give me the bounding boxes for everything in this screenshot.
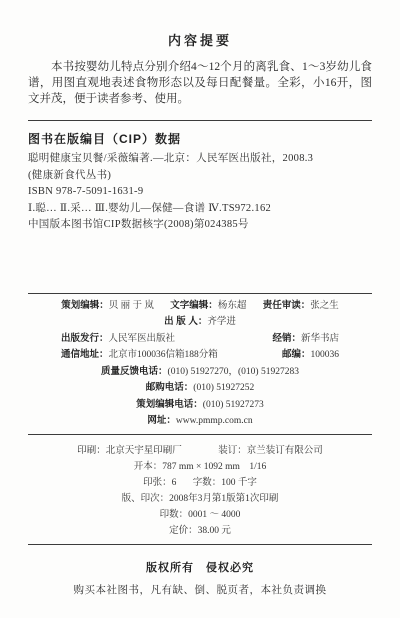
binder-label: 装订：: [218, 446, 247, 456]
book-format-value: 787 mm × 1092 mm 1/16: [162, 462, 266, 472]
distributor-value: 新华书店: [301, 334, 339, 344]
book-format: 开本：787 mm × 1092 mm 1/16: [134, 462, 267, 472]
summary-body: 本书按婴幼儿特点分别介绍4～12个月的离乳食、1～3岁幼儿食谱，用图直观地表述食…: [28, 59, 372, 107]
print-run-row: 印数：0001 ～ 4000: [28, 507, 372, 523]
edition-impression-label: 版、印次：: [122, 494, 170, 504]
website-value: www.pmmp.com.cn: [176, 416, 253, 426]
binder-value: 京兰装订有限公司: [247, 446, 323, 456]
divider-printing: [28, 434, 372, 435]
publisher-person: 出 版 人：齐学进: [164, 317, 236, 327]
divider-top: [28, 120, 372, 121]
postcode-label: 邮编：: [282, 349, 311, 360]
editors-row: 策划编辑：贝 丽 于 岚 文字编辑：杨东超 责任审读：张之生: [28, 298, 372, 315]
address-row: 通信地址：北京市100036信箱188分箱 邮编：100036: [61, 347, 339, 364]
print-run: 印数：0001 ～ 4000: [160, 510, 241, 520]
publishing-block: 策划编辑：贝 丽 于 岚 文字编辑：杨东超 责任审读：张之生 出 版 人：齐学进…: [28, 298, 372, 430]
printer: 印刷：北京天宇星印刷厂: [77, 446, 182, 456]
edition-impression-value: 2008年3月第1版第1次印刷: [169, 494, 278, 504]
book-format-label: 开本：: [134, 462, 163, 472]
copyright-notice: 版权所有 侵权必究: [28, 559, 372, 575]
cip-title: 图书在版编目（CIP）数据: [28, 130, 372, 147]
print-run-label: 印数：: [160, 510, 189, 520]
publisher-label: 出版发行：: [61, 333, 109, 344]
text-editor-label: 文字编辑：: [170, 300, 218, 311]
editor-phone: 策划编辑电话：(010) 51927273: [136, 400, 263, 410]
publisher-person-value: 齐学进: [207, 317, 236, 327]
mailing-address-value: 北京市100036信箱188分箱: [109, 350, 218, 360]
price-label: 定价：: [169, 526, 198, 536]
review-editor-value: 张之生: [310, 301, 339, 311]
printing-block: 印刷：北京天宇星印刷厂 装订：京兰装订有限公司 开本：787 mm × 1092…: [28, 443, 372, 539]
review-editor-label: 责任审读：: [263, 300, 311, 311]
edition-impression: 版、印次：2008年3月第1版第1次印刷: [122, 494, 279, 504]
distributor-label: 经销：: [272, 333, 301, 344]
printed-sheets-value: 6: [172, 478, 177, 488]
printed-sheets-label: 印张：: [143, 478, 172, 488]
publisher-distributor-row: 出版发行：人民军医出版社 经销：新华书店: [61, 331, 339, 348]
price: 定价：38.00 元: [169, 526, 231, 536]
colophon-page: 内容提要 本书按婴幼儿特点分别介绍4～12个月的离乳食、1～3岁幼儿食谱，用图直…: [0, 0, 400, 597]
format-row: 开本：787 mm × 1092 mm 1/16: [28, 459, 372, 475]
edition-row: 版、印次：2008年3月第1版第1次印刷: [28, 491, 372, 507]
cip-isbn-line: ISBN 978-7-5091-1631-9: [28, 184, 372, 201]
distributor: 经销：新华书店: [272, 331, 339, 348]
mail-order-phone-value: (010) 51927252: [193, 383, 254, 393]
publisher-person-row: 出 版 人：齐学进: [28, 314, 372, 331]
mail-order-phone-label: 邮购电话：: [146, 382, 194, 393]
word-count-label: 字数：: [193, 478, 222, 488]
editor-phone-value: (010) 51927273: [203, 400, 264, 410]
exchange-policy: 购买本社图书，凡有缺、倒、脱页者，本社负责调换: [28, 582, 372, 597]
publisher-value: 人民军医出版社: [109, 334, 176, 344]
planning-editor-label: 策划编辑：: [61, 300, 109, 311]
editor-phone-row: 策划编辑电话：(010) 51927273: [28, 397, 372, 414]
cip-record-line: 聪明健康宝贝餐/采薇编著.—北京：人民军医出版社，2008.3: [28, 151, 372, 168]
website-row: 网址：www.pmmp.com.cn: [28, 413, 372, 430]
cip-classification-line: Ⅰ.聪… Ⅱ.采… Ⅲ.婴幼儿—保健—食谱 Ⅳ.TS972.162: [28, 201, 372, 218]
review-editor: 责任审读：张之生: [263, 301, 339, 311]
text-editor-value: 杨东超: [218, 301, 247, 311]
editor-phone-label: 策划编辑电话：: [136, 399, 203, 410]
mailing-address-label: 通信地址：: [61, 349, 109, 360]
sheets-words-row: 印张：6 字数：100 千字: [28, 475, 372, 491]
website-label: 网址：: [147, 415, 176, 426]
publisher-person-label: 出 版 人：: [164, 316, 207, 327]
text-editor: 文字编辑：杨东超: [170, 301, 246, 311]
word-count: 字数：100 千字: [193, 478, 257, 488]
printer-label: 印刷：: [77, 446, 106, 456]
divider-publishing: [28, 293, 372, 294]
postcode: 邮编：100036: [282, 347, 339, 364]
printed-sheets: 印张：6: [143, 478, 176, 488]
divider-copyright: [28, 544, 372, 545]
cip-block: 聪明健康宝贝餐/采薇编著.—北京：人民军医出版社，2008.3 (健康新食代丛书…: [28, 151, 372, 234]
mail-order-phone-row: 邮购电话：(010) 51927252: [28, 380, 372, 397]
cip-registration-line: 中国版本图书馆CIP数据核字(2008)第024385号: [28, 217, 372, 234]
planning-editor: 策划编辑：贝 丽 于 岚: [61, 301, 154, 311]
binder: 装订：京兰装订有限公司: [218, 446, 323, 456]
printer-value: 北京天宇星印刷厂: [106, 446, 182, 456]
feedback-phone: 质量反馈电话：(010) 51927270，(010) 51927283: [101, 367, 299, 377]
publisher: 出版发行：人民军医出版社: [61, 331, 175, 348]
cip-series-line: (健康新食代丛书): [28, 168, 372, 185]
postcode-value: 100036: [311, 350, 340, 360]
website: 网址：www.pmmp.com.cn: [147, 416, 252, 426]
feedback-phone-row: 质量反馈电话：(010) 51927270，(010) 51927283: [28, 364, 372, 381]
word-count-value: 100 千字: [221, 478, 257, 488]
planning-editor-value: 贝 丽 于 岚: [109, 301, 154, 311]
feedback-phone-value: (010) 51927270，(010) 51927283: [168, 367, 299, 377]
printer-binder-row: 印刷：北京天宇星印刷厂 装订：京兰装订有限公司: [28, 443, 372, 459]
print-run-value: 0001 ～ 4000: [188, 510, 240, 520]
price-row: 定价：38.00 元: [28, 523, 372, 539]
price-value: 38.00 元: [198, 526, 231, 536]
feedback-phone-label: 质量反馈电话：: [101, 366, 168, 377]
mailing-address: 通信地址：北京市100036信箱188分箱: [61, 347, 218, 364]
mail-order-phone: 邮购电话：(010) 51927252: [146, 383, 254, 393]
summary-title: 内容提要: [28, 30, 372, 49]
